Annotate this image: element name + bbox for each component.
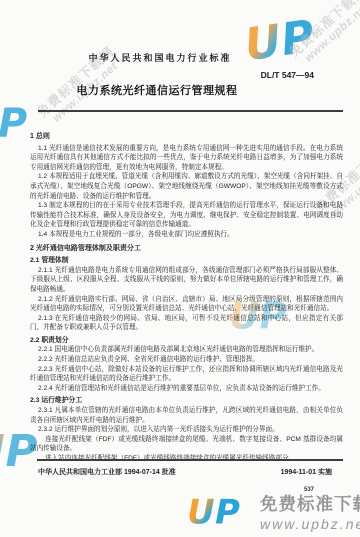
document-body: 1 总则1.1 光纤通信是通信技术发展的重要方向，是电力系统专用通信网一种先进实… — [30, 128, 343, 464]
paragraph: 连接光纤配线架（FDF）或光缆线路终端接续盒的尾缆、光端机、数字复接设备、PCM… — [30, 435, 343, 454]
watermark-site-name: 免费标准下载网 — [284, 0, 360, 61]
header-rule — [38, 110, 343, 112]
footer-rule — [37, 459, 343, 461]
section-heading: 2 光纤通信电路管理体制及职责分工 — [30, 244, 343, 254]
paragraph: 1.4 本规程是电力工业规程的一部分，各级电业部门均应遵照执行。 — [30, 230, 343, 240]
section-heading: 1 总则 — [30, 132, 343, 142]
paragraph: 2.1.1 光纤通信电路是电力系统专用通信网的组成部分，各级通信管理部门必须严格… — [30, 266, 343, 295]
section-heading: 2.3 运行维护分工 — [30, 396, 343, 406]
paragraph: 2.3.1 凡属本单位管辖的光纤通信电路由本单位负责运行维护，凡跨区域的光纤通信… — [30, 406, 343, 425]
scanned-standard-page: U P 免费标准下载网 www.upbz.net 免费标准下载网 www.upb… — [0, 0, 360, 537]
paragraph: 1.3 制定本规程的目的在于采用专业技术管理手段，提高光纤通信的运行管理水平，保… — [30, 201, 343, 230]
paragraph: 2.1.3 在光纤通信电路较少的网局、省局、地区局，可暂不设光纤通信总站和中心站… — [30, 314, 343, 333]
section-heading: 2.2 职责划分 — [30, 336, 343, 346]
up-logo-icon — [186, 492, 256, 532]
paragraph: 1.2 本规程适用于直埋光缆、管道光缆（含利用缆沟、廊道敷设方式的光缆）、架空光… — [30, 172, 343, 201]
section-heading: 2.1 管理体制 — [30, 256, 343, 266]
standard-caption: 中华人民共和国电力行业标准 — [30, 51, 290, 64]
page-title: 电力系统光纤通信运行管理规程 — [20, 82, 294, 98]
doc-number: DL/T 547—94 — [248, 70, 314, 80]
upbz-watermark-bottomright: 免费标准下载网 www.upbz.net — [186, 491, 360, 532]
paragraph: 2.1.2 光纤通信电路实行部、网局、省（自治区、直辖市）局、地区局分级管理的原… — [30, 295, 343, 314]
paragraph: 2.2.3 光纤通信中心站，除做好本站设备的运行维护工作，还应指挥和协调所辖区域… — [30, 365, 343, 384]
footer-implementation: 1994-11-01 实施 — [248, 467, 332, 477]
paragraph: 2.2.2 光纤通信总站应负责全网、全省光纤通信电路的运行维护、管理指挥。 — [30, 355, 343, 365]
watermark-text-bottomright: 免费标准下载网 www.upbz.net — [260, 491, 360, 532]
footer-approval: 中华人民共和国电力工业部 1994-07-14 批准 — [38, 467, 176, 477]
watermark-site-url: www.upbz.net — [297, 0, 360, 70]
page-number: 537 — [298, 487, 314, 493]
paragraph: 1.1 光纤通信是通信技术发展的重要方向，是电力系统专用通信网一种先进实用的通信… — [30, 144, 343, 173]
paragraph: 2.2.1 国电通信中心负责部属光纤通信电路及部属北京地区光纤通信电路的管理指挥… — [30, 345, 343, 355]
watermark-site-url: www.upbz.net — [260, 516, 360, 532]
paragraph: 2.2.4 光纤通信管理站和光纤通信站是运行维护的重要基层单位，应负责本站设备的… — [30, 384, 343, 394]
paragraph: 2.3.2 运行维护界面的划分原则，以进入站内第一光纤活接头为运行维护的分界面。 — [30, 425, 343, 435]
watermark-site-name: 免费标准下载网 — [260, 491, 360, 516]
watermark-text-topright: 免费标准下载网 www.upbz.net — [284, 0, 360, 70]
